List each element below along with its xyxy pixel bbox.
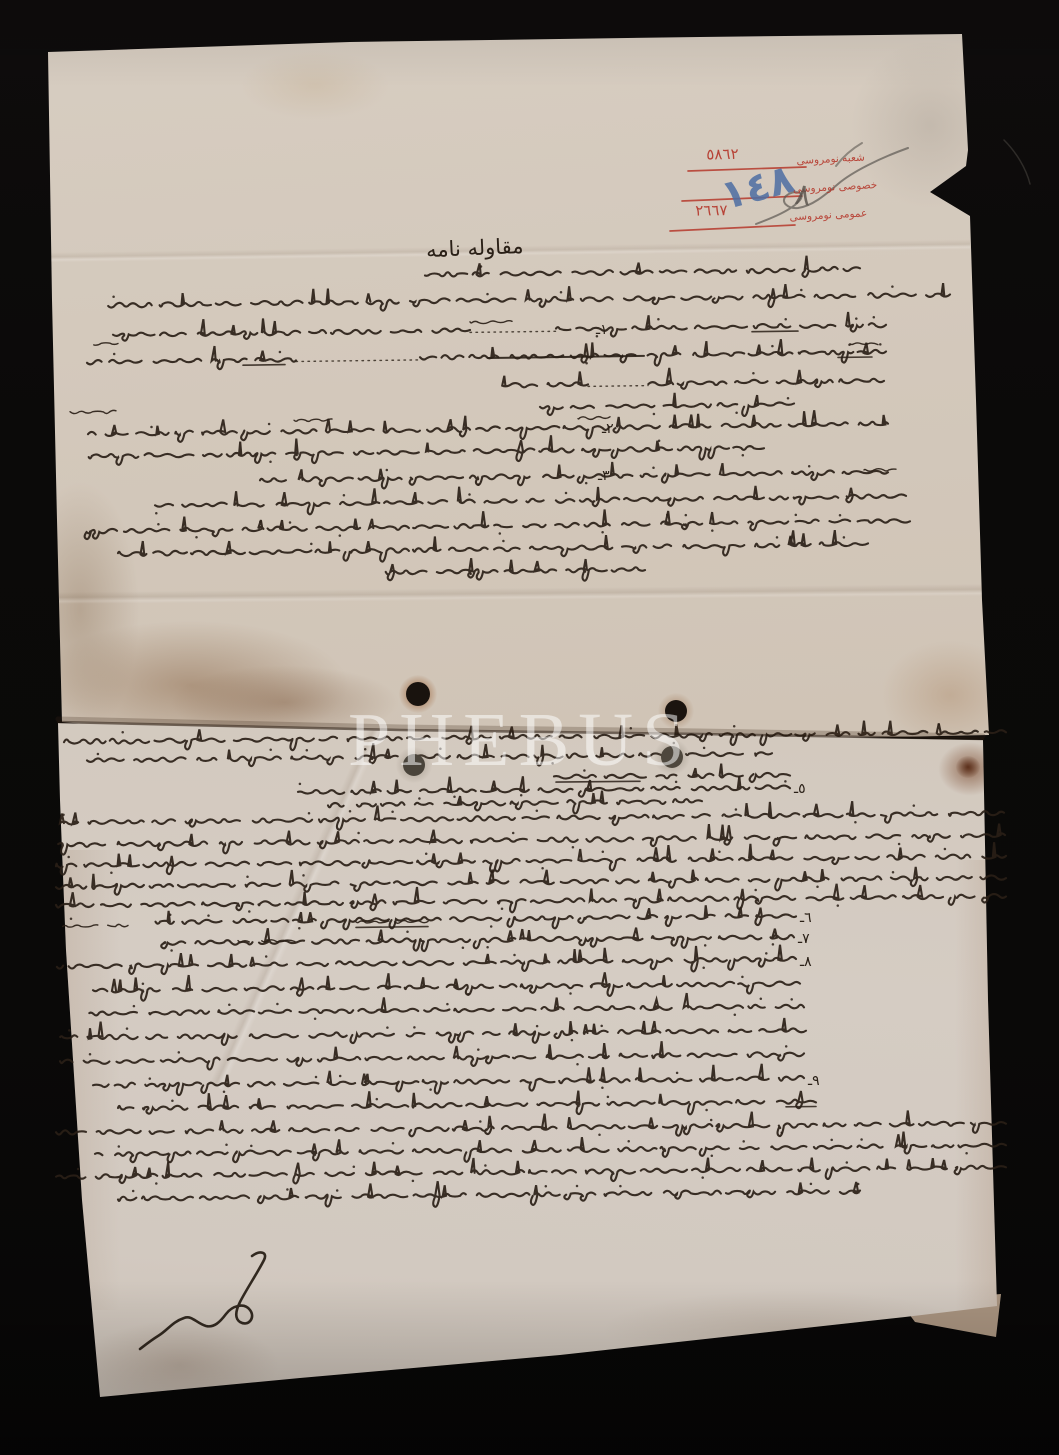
ink-dot	[800, 289, 803, 292]
ink-dot	[710, 1119, 713, 1122]
ink-dot	[816, 886, 819, 889]
ink-dot	[225, 1144, 228, 1147]
ink-dot	[499, 532, 502, 535]
ink-dot	[269, 460, 272, 463]
ink-stroke	[752, 331, 798, 332]
ink-dot	[536, 1025, 539, 1028]
ink-stroke	[70, 410, 116, 413]
ink-dot	[839, 514, 842, 517]
ink-stroke	[85, 510, 910, 540]
ink-dot	[898, 843, 901, 846]
ink-dot	[171, 1100, 174, 1103]
ink-dot	[336, 1189, 339, 1192]
ink-dot	[512, 832, 515, 835]
ink-dot	[89, 1053, 92, 1056]
ink-dot	[536, 809, 539, 812]
ink-dot	[733, 725, 736, 728]
ink-dot	[653, 413, 656, 416]
ink-stroke	[328, 791, 702, 814]
ink-dot	[735, 808, 738, 811]
ink-dot	[479, 1120, 482, 1123]
ink-stroke	[578, 417, 610, 420]
ink-dot	[718, 850, 721, 853]
ink-dot	[413, 1026, 416, 1029]
photo-scene: مقاوله نامه ٥٨٦٢ شعبه نومروسی ١٤٨ خصوصی …	[0, 0, 1059, 1455]
ink-dot	[155, 512, 158, 515]
ink-dot	[965, 1152, 968, 1155]
stamp-number-3: ٢٦٦٧	[695, 201, 728, 220]
ink-stroke	[87, 339, 886, 369]
stamp-pencil-number: ٨	[793, 177, 814, 214]
item-marker-2-1: ٦ـ	[800, 910, 812, 926]
ink-dot	[585, 482, 588, 485]
ink-stroke	[89, 435, 764, 465]
ink-dot	[771, 345, 774, 348]
ink-dot	[97, 753, 100, 756]
ink-dot	[776, 536, 779, 539]
ink-dot	[178, 1051, 181, 1054]
ink-dot	[879, 343, 882, 346]
ink-stroke	[56, 884, 1006, 912]
ink-stroke	[540, 393, 794, 416]
ink-dot	[462, 947, 465, 950]
ink-dot	[207, 914, 210, 917]
ink-dot	[795, 514, 798, 517]
ink-dot	[112, 296, 115, 299]
ink-stroke	[60, 801, 1004, 829]
ink-stroke	[56, 842, 1006, 874]
ink-dot	[571, 1039, 574, 1042]
ink-dot	[486, 946, 489, 949]
ink-dot	[572, 846, 575, 849]
ink-stroke	[296, 360, 420, 362]
ink-dot	[490, 925, 493, 928]
item-marker-2-2: ٧ـ	[798, 931, 810, 947]
ink-dot	[705, 1109, 708, 1112]
ink-dot	[657, 318, 660, 321]
ink-dot	[785, 1045, 788, 1048]
ink-dot	[289, 521, 292, 524]
ink-dot	[429, 1088, 432, 1091]
ink-dot	[150, 426, 153, 429]
ink-dot	[855, 317, 858, 320]
ink-dot	[132, 1190, 135, 1193]
ink-stroke	[118, 1181, 860, 1207]
ink-dot	[742, 1140, 745, 1143]
signature	[140, 1253, 265, 1349]
ink-dot	[520, 794, 523, 797]
ink-dot	[569, 992, 572, 995]
ink-dot	[391, 811, 394, 814]
ink-dot	[477, 1048, 480, 1051]
ink-dot	[170, 949, 173, 952]
ink-stroke	[156, 905, 797, 929]
ink-dot	[704, 944, 707, 947]
ink-dot	[784, 318, 787, 321]
ink-stroke	[60, 1041, 804, 1069]
ink-dot	[830, 1139, 833, 1142]
ink-stroke	[161, 928, 794, 951]
item-marker-2-4: ٩ـ	[808, 1073, 820, 1089]
ink-dot	[484, 1164, 487, 1167]
ink-dot	[627, 1140, 630, 1143]
ink-dot	[808, 465, 811, 468]
ink-dot	[265, 955, 268, 958]
ink-dot	[711, 1155, 714, 1158]
ink-dot	[676, 1072, 679, 1075]
ink-stroke	[386, 558, 645, 580]
ink-dot	[843, 536, 846, 539]
ink-dot	[306, 749, 309, 752]
ink-dot	[702, 966, 705, 969]
ink-dot	[701, 1176, 704, 1179]
ink-dot	[343, 494, 346, 497]
ink-stroke	[1004, 140, 1030, 184]
ink-dot	[228, 1004, 231, 1007]
ink-dot	[353, 1165, 356, 1168]
ink-dot	[468, 493, 471, 496]
ink-dot	[513, 954, 516, 957]
ink-dot	[276, 1003, 279, 1006]
ink-dot	[314, 1017, 317, 1020]
ink-dot	[541, 867, 544, 870]
ink-dot	[68, 1029, 71, 1032]
ink-dot	[741, 976, 744, 979]
ink-dot	[376, 1098, 379, 1101]
ink-stroke	[56, 1111, 1006, 1137]
registry-stamp: ٥٨٦٢ شعبه نومروسی ١٤٨ خصوصی نومروسی ٢٦٦٧…	[654, 136, 926, 251]
ink-dot	[765, 952, 768, 955]
ink-dot	[752, 372, 755, 375]
ink-stroke	[95, 1132, 1006, 1163]
item-marker-1-2: ٣ـ	[598, 468, 610, 484]
ink-dot	[565, 492, 568, 495]
ink-dot	[873, 316, 876, 319]
ink-stroke	[118, 530, 868, 561]
ink-dot	[223, 1091, 226, 1094]
ink-dot	[486, 293, 489, 296]
item-marker-1-0: ١ـ	[596, 322, 608, 338]
ink-dot	[837, 904, 840, 907]
stamp-number-1: ٥٨٦٢	[706, 145, 739, 164]
ink-dot	[412, 1180, 415, 1183]
ink-dot	[118, 1145, 121, 1148]
ink-dot	[607, 1096, 610, 1099]
ink-dot	[742, 454, 745, 457]
ink-dot	[446, 1003, 449, 1006]
ink-dot	[734, 1014, 737, 1017]
ink-dot	[308, 812, 311, 815]
ink-dot	[418, 797, 421, 800]
ink-stroke	[155, 486, 906, 514]
ink-stroke	[588, 386, 648, 387]
ink-dot	[268, 423, 271, 426]
ink-dot	[784, 780, 787, 783]
ink-dot	[302, 874, 305, 877]
ink-stroke	[850, 343, 878, 345]
ink-dot	[772, 943, 775, 946]
ink-stroke	[88, 410, 888, 442]
ink-stroke	[93, 972, 800, 1000]
ink-dot	[357, 832, 360, 835]
ink-stroke	[93, 1064, 804, 1095]
ink-dot	[392, 1142, 395, 1145]
ink-dot	[339, 1075, 342, 1078]
ink-dot	[339, 534, 342, 537]
ink-dot	[126, 1027, 129, 1030]
ink-dot	[425, 853, 428, 856]
stamp-label-1: شعبه نومروسی	[796, 152, 865, 168]
ink-dot	[142, 982, 145, 985]
ink-dot	[70, 918, 73, 921]
ink-dot	[790, 998, 793, 1001]
ink-dot	[121, 731, 124, 734]
ink-dot	[286, 1188, 289, 1191]
ink-dot	[315, 1076, 318, 1079]
ink-dot	[386, 469, 389, 472]
ink-stroke	[58, 824, 1005, 855]
ink-dot	[787, 397, 790, 400]
watermark-text: PHEBUS	[348, 702, 726, 778]
ink-dot	[598, 1134, 601, 1137]
ink-dot	[453, 796, 456, 799]
ink-stroke	[56, 1158, 1006, 1184]
ink-stroke	[470, 331, 556, 332]
ink-dot	[250, 1145, 253, 1148]
ink-dot	[854, 821, 857, 824]
ink-dot	[711, 529, 714, 532]
ink-dot	[310, 543, 313, 546]
ink-dot	[279, 351, 282, 354]
item-marker-2-3: ٨ـ	[800, 954, 812, 970]
ink-dot	[600, 1025, 603, 1028]
ink-dot	[913, 804, 916, 807]
stamp-number-2: ١٤٨	[716, 156, 799, 219]
ink-stroke	[118, 1091, 816, 1115]
ink-stroke	[470, 321, 512, 324]
ink-dot	[386, 1026, 389, 1029]
ink-dot	[77, 1168, 80, 1171]
ink-dot	[685, 514, 688, 517]
ink-dot	[299, 783, 302, 786]
ink-dot	[602, 851, 605, 854]
ink-stroke	[294, 419, 332, 421]
ink-stroke	[356, 927, 428, 928]
ink-dot	[157, 523, 160, 526]
ink-stroke	[113, 312, 886, 341]
ink-stroke	[243, 365, 285, 366]
ink-dot	[110, 871, 113, 874]
ink-dot	[349, 810, 352, 813]
page-title: مقاوله نامه	[426, 234, 524, 262]
ink-dot	[944, 848, 947, 851]
ink-dot	[619, 1185, 622, 1188]
ink-dot	[601, 531, 604, 534]
ink-stroke	[260, 462, 888, 488]
ink-dot	[155, 1182, 158, 1185]
ink-dot	[601, 1087, 604, 1090]
ink-stroke	[63, 924, 128, 927]
ink-stroke	[60, 1018, 806, 1045]
ink-stroke	[94, 343, 118, 345]
ink-dot	[545, 1185, 548, 1188]
ink-dot	[846, 1161, 849, 1164]
ink-dot	[133, 1005, 136, 1008]
ink-dot	[502, 540, 505, 543]
ink-dot	[754, 889, 757, 892]
item-marker-2-0: ٥ـ	[794, 781, 806, 797]
item-marker-1-1: ٢ـ	[602, 421, 614, 437]
ink-dot	[149, 1077, 152, 1080]
ink-dot	[501, 907, 504, 910]
ink-dot	[269, 748, 272, 751]
ink-dot	[560, 291, 563, 294]
ink-dot	[652, 466, 655, 469]
ink-dot	[246, 875, 249, 878]
ink-dot	[576, 1063, 579, 1066]
ink-dot	[810, 1183, 813, 1186]
ink-stroke	[502, 368, 884, 389]
ink-dot	[248, 910, 251, 913]
ink-dot	[760, 998, 763, 1001]
ink-dot	[113, 353, 116, 356]
ink-dot	[406, 931, 409, 934]
ink-dot	[576, 1185, 579, 1188]
ink-dot	[195, 536, 198, 539]
ink-dot	[67, 856, 70, 859]
ink-dot	[860, 1138, 863, 1141]
ink-stroke	[108, 283, 950, 311]
ink-dot	[891, 285, 894, 288]
ink-dot	[298, 927, 301, 930]
ink-dot	[892, 871, 895, 874]
ink-dot	[735, 411, 738, 414]
